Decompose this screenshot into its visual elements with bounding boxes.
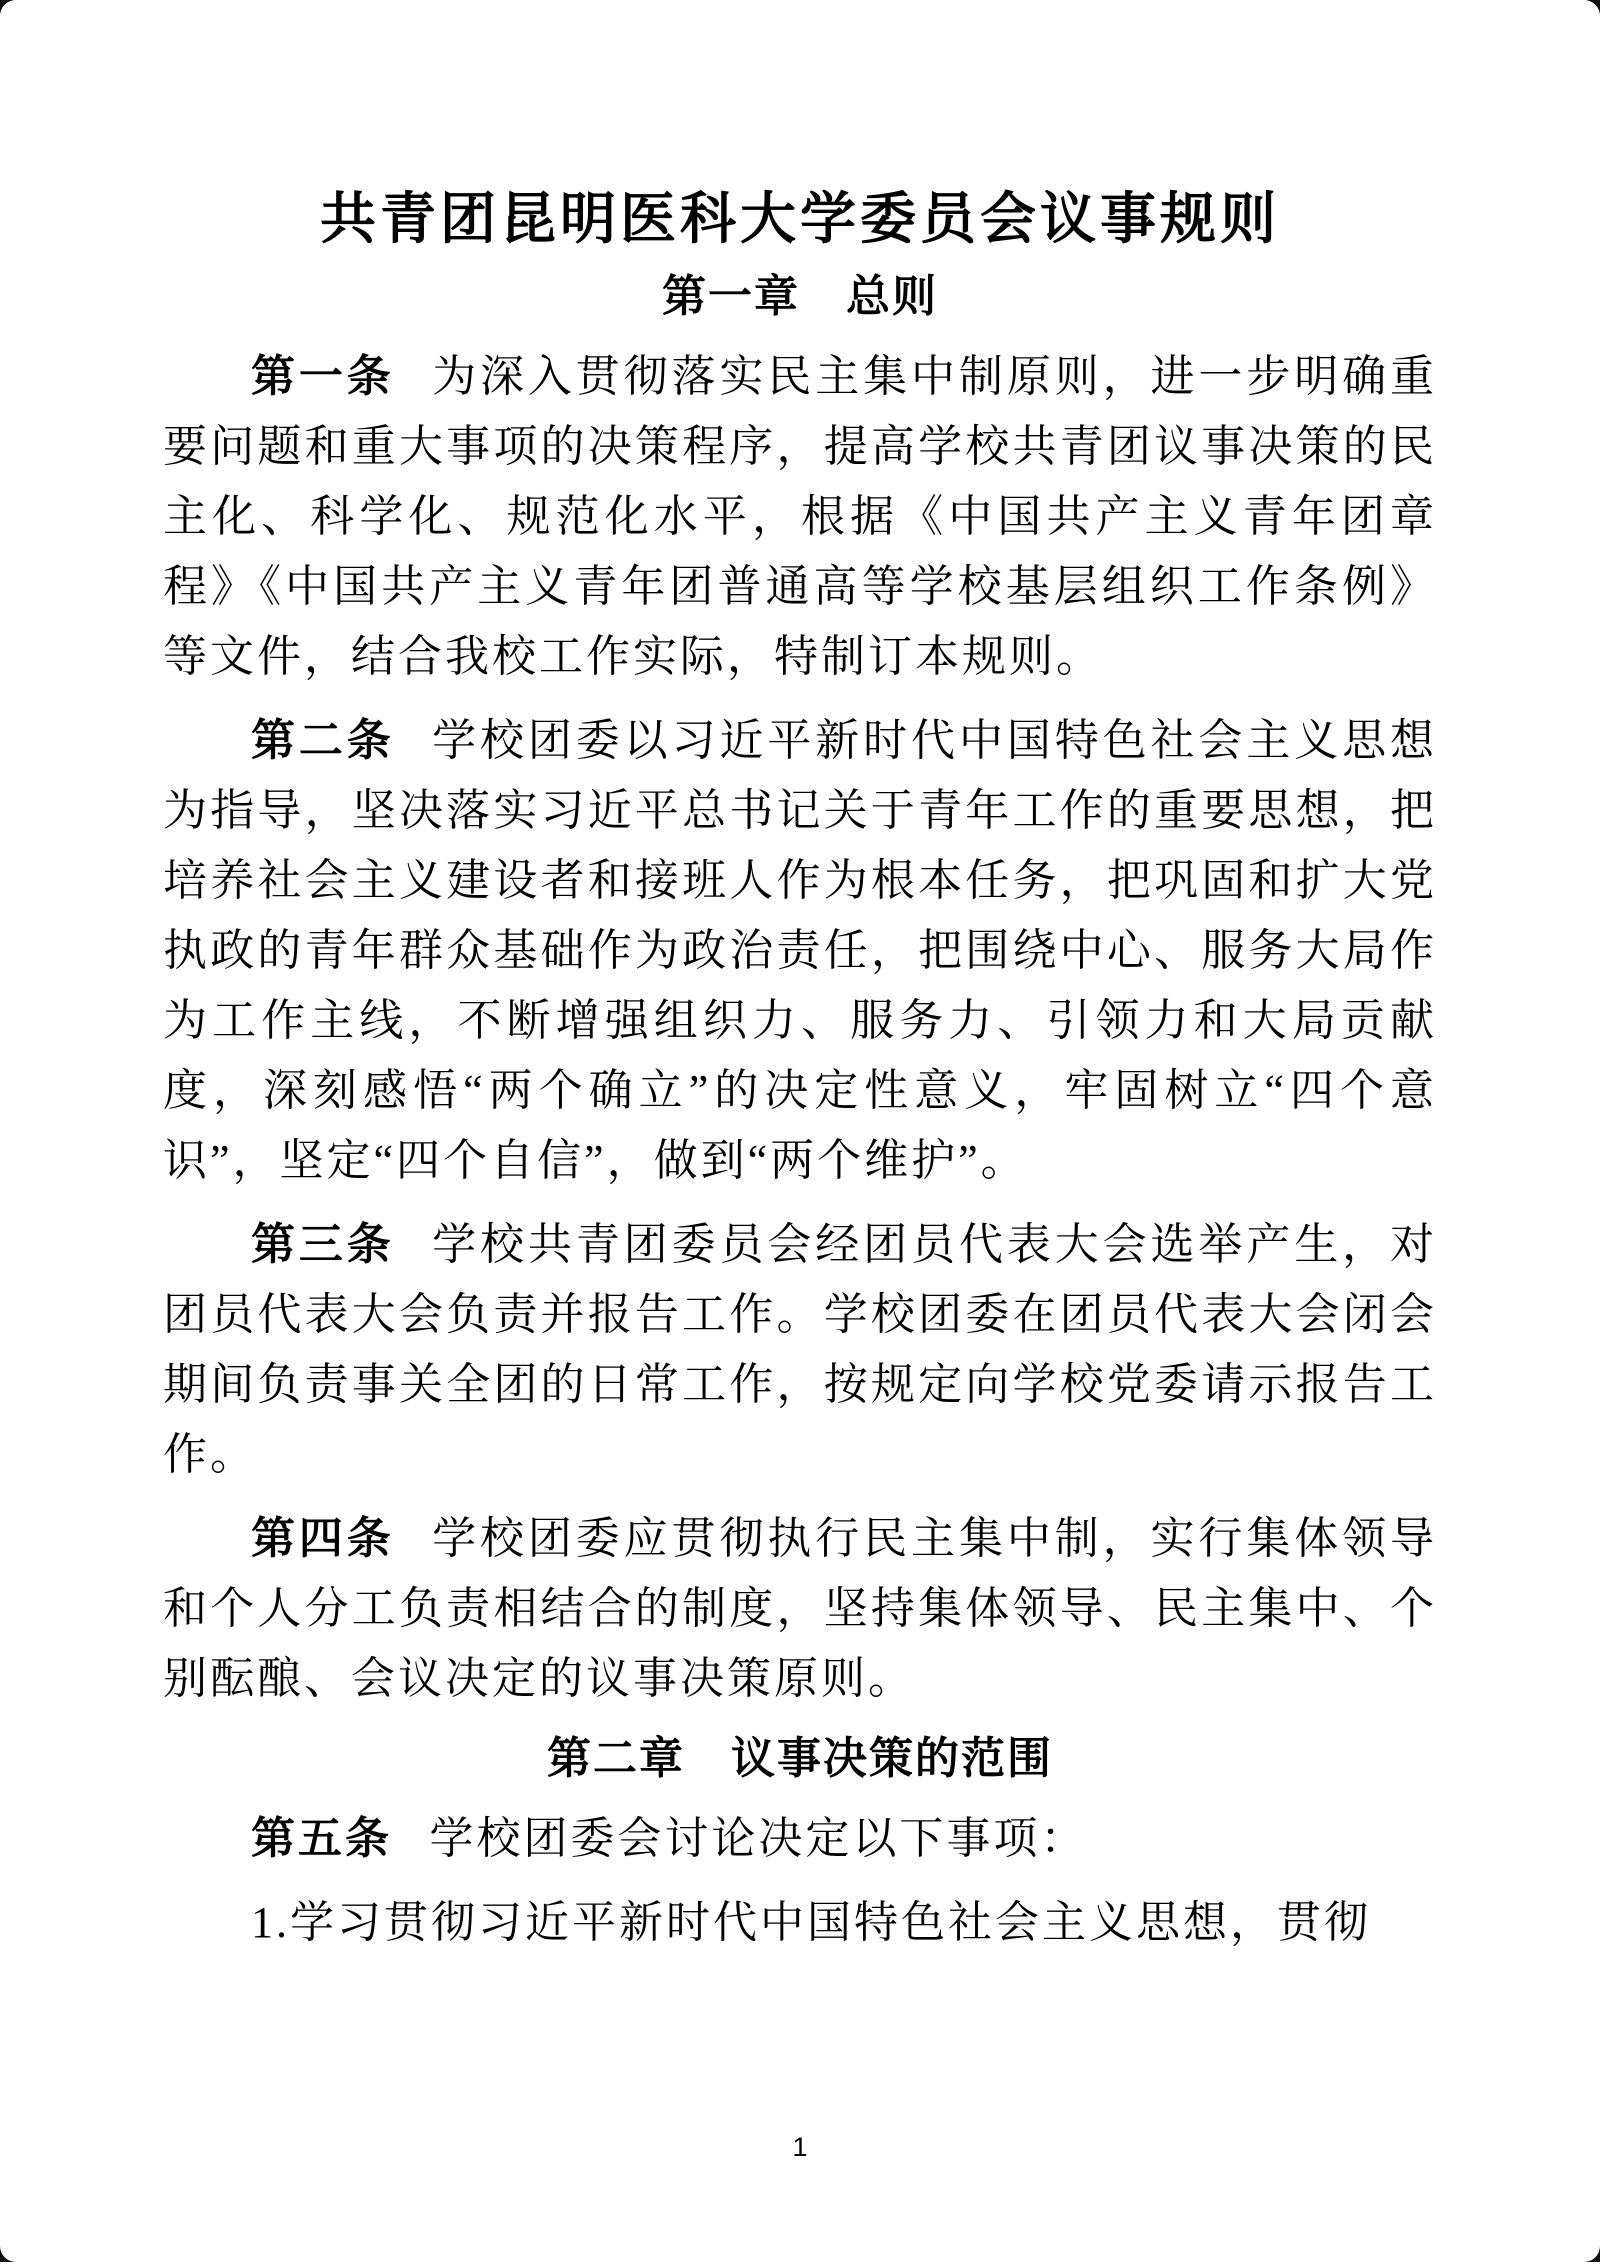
article-1: 第一条为深入贯彻落实民主集中制原则，进一步明确重要问题和重大事项的决策程序，提高…: [163, 342, 1437, 692]
article-1-text: 为深入贯彻落实民主集中制原则，进一步明确重要问题和重大事项的决策程序，提高学校共…: [163, 352, 1437, 681]
document-title: 共青团昆明医科大学委员会议事规则: [163, 0, 1437, 260]
article-2-label: 第二条: [251, 716, 395, 765]
list-item-1: 1.学习贯彻习近平新时代中国特色社会主义思想，贯彻: [163, 1888, 1437, 1958]
page-number: 1: [0, 2132, 1600, 2162]
article-2-text: 学校团委以习近平新时代中国特色社会主义思想为指导，坚决落实习近平总书记关于青年工…: [163, 716, 1437, 1185]
article-3-label: 第三条: [251, 1220, 395, 1269]
article-4: 第四条学校团委应贯彻执行民主集中制，实行集体领导和个人分工负责相结合的制度，坚持…: [163, 1504, 1437, 1714]
article-5-text: 学校团委会讨论决定以下事项：: [429, 1814, 1087, 1863]
article-5: 第五条学校团委会讨论决定以下事项：: [163, 1804, 1437, 1874]
article-3: 第三条学校共青团委员会经团员代表大会选举产生，对团员代表大会负责并报告工作。学校…: [163, 1210, 1437, 1490]
article-1-label: 第一条: [251, 352, 395, 401]
article-4-label: 第四条: [251, 1514, 395, 1563]
article-2: 第二条学校团委以习近平新时代中国特色社会主义思想为指导，坚决落实习近平总书记关于…: [163, 706, 1437, 1196]
chapter-2-heading: 第二章 议事决策的范围: [163, 1728, 1437, 1790]
chapter-1-heading: 第一章 总则: [163, 266, 1437, 328]
article-5-label: 第五条: [251, 1814, 392, 1863]
document-page: 共青团昆明医科大学委员会议事规则 第一章 总则 第一条为深入贯彻落实民主集中制原…: [0, 0, 1600, 2262]
